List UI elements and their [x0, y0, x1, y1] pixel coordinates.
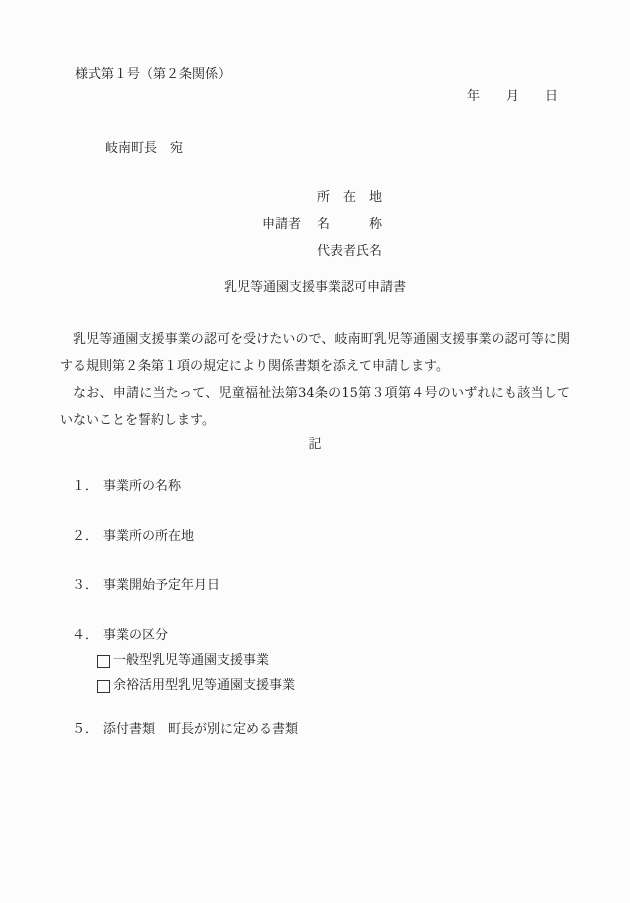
checkbox-icon	[97, 680, 110, 693]
addressee: 岐南町長 宛	[105, 141, 630, 157]
option-general-type: 一般型乳児等通園支援事業	[97, 653, 630, 669]
form-number: 様式第１号（第２条関係）	[75, 67, 630, 83]
item-number: ４．	[72, 628, 98, 644]
record-marker: 記	[0, 437, 630, 453]
applicant-representative-label: 代表者氏名	[317, 238, 383, 265]
item-number: ２．	[72, 529, 98, 545]
applicant-address-label: 所 在 地	[317, 184, 383, 211]
paragraph-2: なお、申請に当たって、児童福祉法第34条の15第３項第４号のいずれにも該当してい…	[60, 380, 570, 434]
item-label: 事業開始予定年月日	[103, 578, 220, 594]
applicant-label: 申請者	[262, 211, 301, 238]
body-text: 乳児等通園支援事業の認可を受けたいので、岐南町乳児等通園支援事業の認可等に関する…	[60, 326, 570, 434]
applicant-fields: 所 在 地 名 称 代表者氏名	[317, 184, 383, 265]
checkbox-icon	[97, 655, 110, 668]
option-surplus-type: 余裕活用型乳児等通園支援事業	[97, 678, 630, 694]
list-item-2: ２． 事業所の所在地	[72, 529, 630, 545]
applicant-block: 申請者 所 在 地 名 称 代表者氏名	[262, 184, 630, 265]
item-label: 添付書類 町長が別に定める書類	[103, 722, 298, 738]
item-number: １．	[72, 479, 98, 495]
item-label: 事業の区分	[103, 628, 168, 644]
date-line: 年 月 日	[0, 89, 630, 105]
item-number: ５．	[72, 722, 98, 738]
applicant-name-label: 名 称	[317, 211, 383, 238]
option-label: 一般型乳児等通園支援事業	[113, 653, 269, 669]
paragraph-1: 乳児等通園支援事業の認可を受けたいので、岐南町乳児等通園支援事業の認可等に関する…	[60, 326, 570, 380]
item-label: 事業所の所在地	[103, 529, 194, 545]
list-item-4: ４． 事業の区分	[72, 628, 630, 644]
item-label: 事業所の名称	[103, 479, 181, 495]
document-page: 様式第１号（第２条関係） 年 月 日 岐南町長 宛 申請者 所 在 地 名 称 …	[0, 0, 630, 903]
option-label: 余裕活用型乳児等通園支援事業	[113, 678, 295, 694]
item-number: ３．	[72, 578, 98, 594]
list-item-1: １． 事業所の名称	[72, 479, 630, 495]
list-item-5: ５． 添付書類 町長が別に定める書類	[72, 722, 630, 738]
document-title: 乳児等通園支援事業認可申請書	[0, 280, 630, 296]
list-item-3: ３． 事業開始予定年月日	[72, 578, 630, 594]
